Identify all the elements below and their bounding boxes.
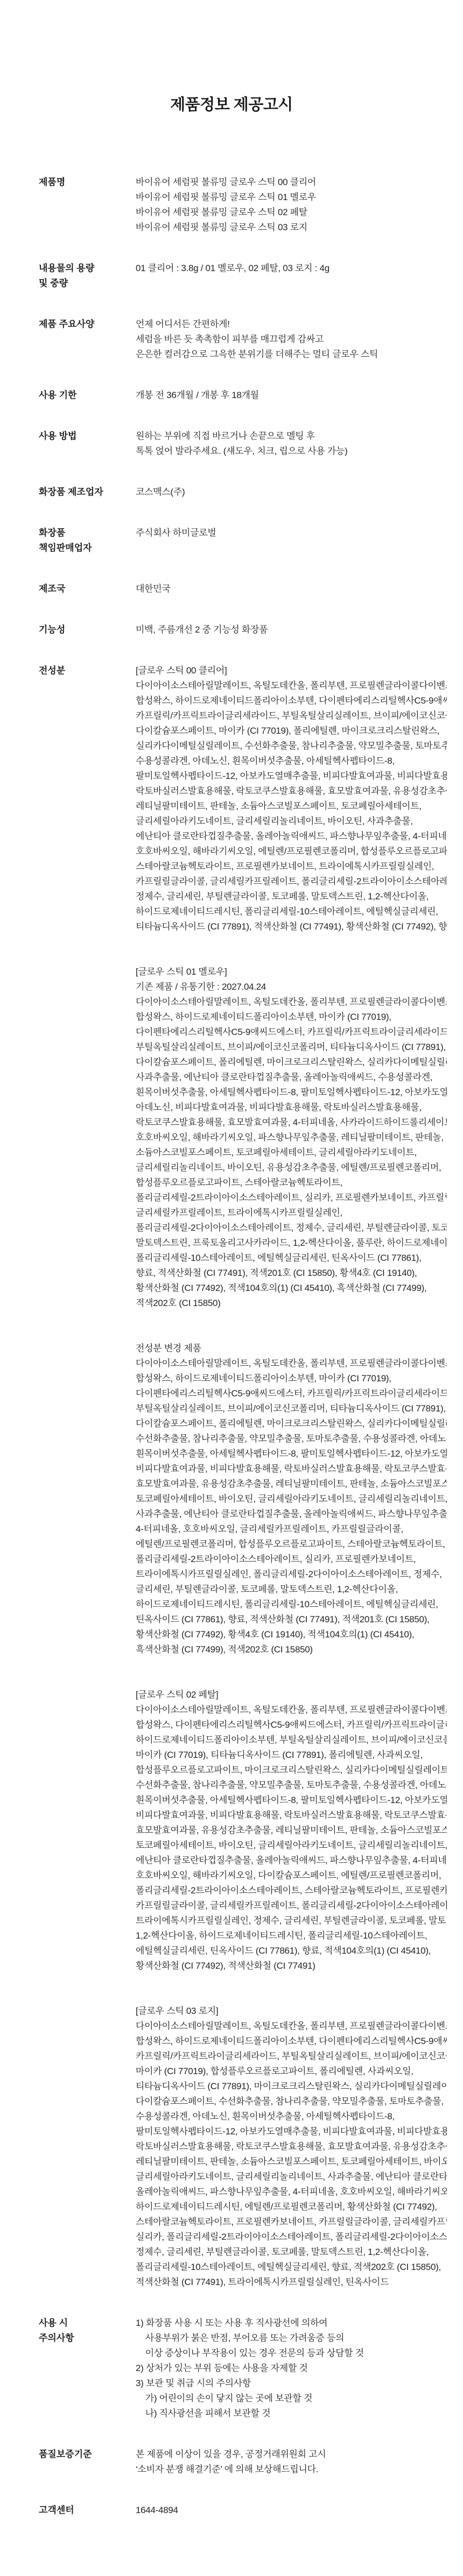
value-line: [글로우 스틱 01 멜로우] <box>136 964 447 980</box>
value-line: 주식회사 하미글로벌 <box>136 526 447 541</box>
value-line: 이상 증상이나 부작용이 있는 경우 전문의 등과 상담할 것 <box>136 2346 447 2361</box>
info-row-customer-center: 고객센터 1644-4894 <box>39 2503 447 2518</box>
value-line: 바이유어 세럼핏 볼류밍 글로우 스틱 00 클리어 <box>136 175 447 190</box>
value-line: 글리세릴리놀리네이트, 바이오틴, 유용성감초추출물, 에틸렌/프로필렌코폴리머… <box>136 1160 447 1175</box>
row-label: 고객센터 <box>39 2503 136 2518</box>
value-line: 수용성콜라겐, 아데노신, 흰목이버섯추출물, 아세틸헥사펩타이드-8, <box>136 2109 447 2124</box>
value-line: 마이카 (CI 77019), 합성플루오르플로고파이트, 폴리에틸렌, 사과씨… <box>136 2064 447 2079</box>
value-line: 스테아랄코늄헥토라이트, 프로필렌카보네이트, 트라이에톡시카프릴릴실레인, <box>136 859 447 874</box>
value-line: 스테아랄코늄헥토라이트, 프로필렌카보네이트, 카프릴릴글라이콜, 글리세릴카프… <box>136 2215 447 2230</box>
value-line: 실리카다이메틸실릴레이트, 수선화추출물, 참나리추출물, 약모밀추출물, 토마… <box>136 739 447 754</box>
info-rows: 제품명 바이유어 세럼핏 볼류밍 글로우 스틱 00 클리어바이유어 세럼핏 볼… <box>0 175 463 2576</box>
value-line: 폴리글리세릴-10스테아레이트, 에틸헥실글리세린, 틴옥사이드 (CI 778… <box>136 1251 447 1266</box>
label-line: 전성분 <box>39 663 136 678</box>
value-line: 다이아이소스테아릴말레이트, 옥틸도데칸올, 폴리부텐, 프로필렌글라이콜다이벤… <box>136 995 447 1010</box>
info-row-content-volume: 내용물의 용량및 중량 01 클리어 : 3.8g / 01 멜로우, 02 페… <box>39 261 447 291</box>
value-line: 수선화추출물, 참나리추출물, 약모밀추출물, 토마토추출물, 수용성콜라겐, … <box>136 1778 447 1793</box>
row-value: 언제 어디서든 간편하게!세럼을 바른 듯 촉촉함이 피부를 매끄럽게 감싸고은… <box>136 317 447 362</box>
row-value: 본 제품에 이상이 있을 경우, 공정거래위원회 고시‘소비자 분쟁 해결기준’… <box>136 2447 447 2477</box>
value-line: 적색202호 (CI 15850) <box>136 1296 447 1311</box>
value-line: 하이드로제네이티드레시틴, 폴리글리세릴-10스테아레이트, 에틸헥실글리세린, <box>136 904 447 919</box>
label-line: 사용 방법 <box>39 429 136 444</box>
value-line: 말토덱스트린, 프룩토올리고사카라이드, 1,2-헥산다이올, 풀루란, 하이드… <box>136 1236 447 1251</box>
value-line <box>136 1657 447 1672</box>
value-line: 레티닐팔미테이트, 판테놀, 소듐아스코빌포스페이트, 토코페릴아세테이트, 바… <box>136 2154 447 2169</box>
value-line: 하이드로제네이티드레시틴, 폴리글리세릴-10스테아레이트, 에틸헥실글리세린, <box>136 1597 447 1612</box>
value-line: [글로우 스틱 03 로지] <box>136 2004 447 2019</box>
label-line: 기능성 <box>39 622 136 637</box>
value-line: 티타늄디옥사이드 (CI 77891), 마이크로크리스탈린왁스, 실리카다이메… <box>136 2079 447 2094</box>
value-line: 바이유어 세럼핏 볼류밍 글로우 스틱 02 페탈 <box>136 205 447 220</box>
value-line: 1) 화장품 사용 시 또는 사용 후 직사광선에 의하여 <box>136 2316 447 2331</box>
value-line: 전성분 변경 제품 <box>136 1341 447 1356</box>
value-line <box>136 1311 447 1326</box>
label-line: 주의사항 <box>39 2331 136 2346</box>
value-line: 글리세릴아라키도네이트, 글리세릴리놀리네이트, 바이오틴, 사과추출물, <box>136 814 447 829</box>
row-label: 화장품 제조업자 <box>39 485 136 500</box>
value-line: 카프릴릴글라이콜, 글리세릴카프릴레이트, 폴리글리세릴-2트라이아이소스테아레… <box>136 874 447 889</box>
value-line: 세럼을 바른 듯 촉촉함이 피부를 매끄럽게 감싸고 <box>136 332 447 347</box>
info-row-functionality: 기능성 미백, 주름개선 2 중 기능성 화장품 <box>39 622 447 637</box>
value-line: 토코페릴아세테이트, 바이오틴, 글리세릴아라키도네이트, 글리세릴리놀리네이트… <box>136 1838 447 1853</box>
value-line: 다이칼슘포스페이트, 마이카 (CI 77019), 폴리에틸렌, 마이크로크리… <box>136 723 447 739</box>
value-line: 소듐아스코빌포스페이트, 토코페릴아세테이트, 글리세릴아라키도네이트, <box>136 1145 447 1160</box>
value-line: 호호바씨오일, 해바라기씨오일, 에틸렌/프로필렌코폴리머, 합성플루오르플로고… <box>136 844 447 859</box>
value-line: 다이아이소스테아릴말레이트, 옥틸도데칸올, 폴리부텐, 프로필렌글라이콜다이벤… <box>136 1702 447 1718</box>
value-line: 폴리글리세릴-2트라이아이소스테아레이트, 실리카, 프로필렌카보네이트, 카프… <box>136 1190 447 1205</box>
value-line: 다이아이소스테아릴말레이트, 옥틸도데칸올, 폴리부텐, 프로필렌글라이콜다이벤… <box>136 678 447 693</box>
info-row-usage-method: 사용 방법 원하는 부위에 직접 바르거나 손끝으로 멜팅 후톡톡 얹어 발라주… <box>39 429 447 459</box>
info-row-manufacturer: 화장품 제조업자 코스맥스(주) <box>39 485 447 500</box>
value-line: 수용성콜라겐, 아데노신, 흰목이버섯추출물, 아세틸헥사펩타이드-8, <box>136 754 447 769</box>
value-line: 대한민국 <box>136 581 447 597</box>
value-line: [글로우 스틱 00 클리어] <box>136 663 447 678</box>
value-line: 톡톡 얹어 발라주세요. (섀도우, 치크, 립으로 사용 가능) <box>136 444 447 459</box>
row-label: 제조국 <box>39 581 136 597</box>
value-line: 글리세릴아라키도네이트, 글리세릴리놀리네이트, 사과추출물, 에난티아 클로란… <box>136 2169 447 2184</box>
value-line: 다이칼슘포스페이트, 폴리에틸렌, 마이크로크리스탈린왁스, 실리카다이메틸실릴… <box>136 1416 447 1431</box>
label-line: 화장품 <box>39 526 136 541</box>
value-line: 2) 상처가 있는 부위 등에는 사용을 자제할 것 <box>136 2361 447 2376</box>
value-line: 다이펜타에리스리틸헥사C5-9애씨드에스터, 카프릴릭/카프릭트라이글리세라이드… <box>136 1386 447 1401</box>
row-value: 코스맥스(주) <box>136 485 447 500</box>
value-line: 1644-4894 <box>136 2503 447 2518</box>
label-line: 화장품 제조업자 <box>39 485 136 500</box>
label-line: 제품명 <box>39 175 136 190</box>
value-line: 황색산화철 (CI 77492), 적색104호의(1) (CI 45410),… <box>136 1281 447 1296</box>
row-label: 기능성 <box>39 622 136 637</box>
label-line: 사용 시 <box>39 2316 136 2331</box>
value-line: 사과추출물, 에난티아 클로란타껍질추출물, 올레아놀릭애씨드, 수용성콜라겐, <box>136 1070 447 1085</box>
value-line: 에틸헥실글리세린, 틴옥사이드 (CI 77861), 향료, 적색104호의(… <box>136 1943 447 1958</box>
value-line: 합성왁스, 하이드로제네이티드폴리아이소부텐, 다이펜타에리스리틸헥사C5-9애… <box>136 2034 447 2049</box>
row-value: 1) 화장품 사용 시 또는 사용 후 직사광선에 의하여 사용부위가 붉은 반… <box>136 2316 447 2421</box>
row-label: 사용 시주의사항 <box>39 2316 136 2346</box>
value-line <box>136 934 447 949</box>
value-line: 흑색산화철 (CI 77499), 적색202호 (CI 15850) <box>136 1642 447 1657</box>
label-line: 책임판매업자 <box>39 541 136 556</box>
value-line: 흰목이버섯추출물, 아세틸헥사펩타이드-8, 팔미토일헥사펩타이드-12, 아보… <box>136 1085 447 1100</box>
value-line: 트라이에톡시카프릴릴실레인, 폴리글리세릴-2다이아이소스테아레이트, 정제수, <box>136 1567 447 1582</box>
row-value: 바이유어 세럼핏 볼류밍 글로우 스틱 00 클리어바이유어 세럼핏 볼류밍 글… <box>136 175 447 235</box>
value-line: 토코페릴아세테이트, 바이오틴, 글리세릴아라키도네이트, 글리세릴리놀리네이트… <box>136 1492 447 1507</box>
value-line: 아데노신, 비피다발효여과물, 비피다발효용해물, 락토바실러스발효용해물, <box>136 1100 447 1115</box>
row-value: 개봉 전 36개월 / 개봉 후 18개월 <box>136 388 447 403</box>
value-line: 코스맥스(주) <box>136 485 447 500</box>
label-line: 제조국 <box>39 581 136 597</box>
value-line: 카프릴릭/카프릭트라이글리세라이드, 부틸옥틸살리실레이트, 브이피/에이코신코… <box>136 708 447 723</box>
label-line: 및 중량 <box>39 276 136 291</box>
value-line: 향료, 적색산화철 (CI 77491), 적색201호 (CI 15850),… <box>136 1266 447 1281</box>
value-line: 팔미토일헥사펩타이드-12, 아보카도열매추출물, 비피다발효여과물, 비피다발… <box>136 2124 447 2139</box>
value-line: 마이카 (CI 77019), 티타늄디옥사이드 (CI 77891), 폴리에… <box>136 1748 447 1763</box>
value-line: 폴리글리세릴-10스테아레이트, 에틸헥실글리세린, 향료, 적색202호 (C… <box>136 2260 447 2275</box>
row-label: 품질보증기준 <box>39 2447 136 2462</box>
value-line: 락토바실러스발효용해물, 락토코쿠스발효용해물, 효모발효여과물, 유용성감초추… <box>136 784 447 799</box>
value-line: 은은한 컬러감으로 그윽한 분위기를 더해주는 멀티 글로우 스틱 <box>136 347 447 362</box>
value-line: 황색산화철 (CI 77492), 적색산화철 (CI 77491) <box>136 1958 447 1974</box>
value-line: 에난티아 클로란타껍질추출물, 올레아놀릭애씨드, 파스향나무잎추출물, 4-터… <box>136 829 447 844</box>
value-line: 다이아이소스테아릴말레이트, 옥틸도데칸올, 폴리부텐, 프로필렌글라이콜다이벤… <box>136 2019 447 2034</box>
value-line: 에틸렌/프로필렌코폴리머, 합성플루오르플로고파이트, 스테아랄코늄헥토라이트, <box>136 1537 447 1552</box>
value-line: 호호바씨오일, 해바라기씨오일, 파스향나무잎추출물, 레티닐팔미테이트, 판테… <box>136 1130 447 1145</box>
value-line: 4-터피네올, 호호바씨오일, 글리세릴카프릴레이트, 카프릴릴글라이콜, <box>136 1522 447 1537</box>
value-line: 정제수, 글리세린, 부틸렌글라이콜, 토코페롤, 말토덱스트린, 1,2-헥산… <box>136 889 447 904</box>
value-line: 티타늄디옥사이드 (CI 77891), 적색산화철 (CI 77491), 황… <box>136 919 447 934</box>
value-line: 01 클리어 : 3.8g / 01 멜로우, 02 페탈, 03 로지 : 4… <box>136 261 447 276</box>
value-line: [글로우 스틱 02 페탈] <box>136 1687 447 1702</box>
value-line: 락토바실러스발효용해물, 락토코쿠스발효용해물, 효모발효여과물, 유용성감초추… <box>136 2139 447 2154</box>
row-value: 주식회사 하미글로벌 <box>136 526 447 541</box>
value-line: 황색산화철 (CI 77492), 황색4호 (CI 19140), 적색104… <box>136 1627 447 1642</box>
value-line: 본 제품에 이상이 있을 경우, 공정거래위원회 고시 <box>136 2447 447 2462</box>
info-row-product-specs: 제품 주요사양 언제 어디서든 간편하게!세럼을 바른 듯 촉촉함이 피부를 매… <box>39 317 447 362</box>
info-row-usage-period: 사용 기한 개봉 전 36개월 / 개봉 후 18개월 <box>39 388 447 403</box>
value-line: 폴리글리세릴-2트라이아이소스테아레이트, 실리카, 프로필렌카보네이트, <box>136 1552 447 1567</box>
info-row-cautions: 사용 시주의사항 1) 화장품 사용 시 또는 사용 후 직사광선에 의하여 사… <box>39 2316 447 2421</box>
label-line: 사용 기한 <box>39 388 136 403</box>
value-line <box>136 1672 447 1687</box>
info-row-product-name: 제품명 바이유어 세럼핏 볼류밍 글로우 스틱 00 클리어바이유어 세럼핏 볼… <box>39 175 447 235</box>
value-line: 1,2-헥산다이올, 하이드로제네이티드레시틴, 폴리글리세릴-10스테아레이트… <box>136 1928 447 1943</box>
value-line: 다이칼슘포스페이트, 폴리에틸렌, 마이크로크리스탈린왁스, 실리카다이메틸실릴… <box>136 1055 447 1070</box>
value-line: 폴리글리세릴-2트라이아이소스테아레이트, 스테아랄코늄헥토라이트, 프로필렌카… <box>136 1883 447 1898</box>
value-line: 흰목이버섯추출물, 아세틸헥사펩타이드-8, 팔미토일헥사펩타이드-12, 아보… <box>136 1793 447 1808</box>
value-line: 레티닐팔미테이트, 판테놀, 소듐아스코빌포스페이트, 토코페릴아세테이트, <box>136 799 447 814</box>
row-label: 사용 방법 <box>39 429 136 444</box>
value-line: 하이드로제네이티드폴리아이소부텐, 부틸옥틸살리실레이트, 브이피/에이코신코폴… <box>136 1733 447 1748</box>
label-line: 고객센터 <box>39 2503 136 2518</box>
value-line: 미백, 주름개선 2 중 기능성 화장품 <box>136 622 447 637</box>
value-line: 카프릴릭/카프릭트라이글리세라이드, 부틸옥틸살리실레이트, 브이피/에이코신코… <box>136 2049 447 2064</box>
row-label: 전성분 <box>39 663 136 678</box>
value-line: 가) 어린이의 손이 닿지 않는 곳에 보관할 것 <box>136 2391 447 2406</box>
row-value: 원하는 부위에 직접 바르거나 손끝으로 멜팅 후톡톡 얹어 발라주세요. (섀… <box>136 429 447 459</box>
value-line: 효모발효여과물, 유용성감초추출물, 레티닐팔미테이트, 판테놀, 소듐아스코빌… <box>136 1823 447 1838</box>
value-line: 기존 제품 / 유통기한 : 2027.04.24 <box>136 980 447 995</box>
value-line: 부틸옥틸살리실레이트, 브이피/에이코신코폴리머, 티타늄디옥사이드 (CI 7… <box>136 1040 447 1055</box>
value-line: 사과추출물, 에난티아 클로란타껍질추출물, 올레아놀릭애씨드, 파스향나무잎추… <box>136 1507 447 1522</box>
row-label: 제품명 <box>39 175 136 190</box>
value-line: ‘소비자 분쟁 해결기준’ 에 의해 보상해드립니다. <box>136 2462 447 2477</box>
value-line: 비피다발효여과물, 비피다발효용해물, 락토바실러스발효용해물, 락토코쿠스발효… <box>136 1808 447 1823</box>
value-line: 바이유어 세럼핏 볼류밍 글로우 스틱 03 로지 <box>136 220 447 235</box>
value-line <box>136 1326 447 1341</box>
value-line: 흰목이버섯추출물, 아세틸헥사펩타이드-8, 팔미토일헥사펩타이드-12, 아보… <box>136 1446 447 1461</box>
value-line: 합성플루오르플로고파이트, 스테아랄코늄헥토라이트, <box>136 1175 447 1190</box>
row-value: 미백, 주름개선 2 중 기능성 화장품 <box>136 622 447 637</box>
value-line: 언제 어디서든 간편하게! <box>136 317 447 332</box>
value-line: 수선화추출물, 참나리추출물, 약모밀추출물, 토마토추출물, 수용성콜라겐, … <box>136 1431 447 1446</box>
info-row-responsible-seller: 화장품책임판매업자 주식회사 하미글로벌 <box>39 526 447 556</box>
row-value: 01 클리어 : 3.8g / 01 멜로우, 02 페탈, 03 로지 : 4… <box>136 261 447 276</box>
row-value: 대한민국 <box>136 581 447 597</box>
value-line <box>136 1989 447 2004</box>
value-line: 효모발효여과물, 유용성감초추출물, 레티닐팔미테이트, 판테놀, 소듐아스코빌… <box>136 1477 447 1492</box>
product-info-sheet: 제품정보 제공고시 제품명 바이유어 세럼핏 볼류밍 글로우 스틱 00 클리어… <box>0 0 463 2576</box>
value-line <box>136 949 447 964</box>
value-line: 팔미토일헥사펩타이드-12, 아보카도열매추출물, 비피다발효여과물, 비피다발… <box>136 769 447 784</box>
value-line: 카프릴릴글라이콜, 글리세릴카프릴레이트, 폴리글리세릴-2다이아이소스테아레이… <box>136 1898 447 1913</box>
page-title: 제품정보 제공고시 <box>0 0 463 115</box>
value-line: 락토코쿠스발효용해물, 효모발효여과물, 4-터피네올, 사카라이드하이드롤리세… <box>136 1115 447 1130</box>
value-line: 폴리글리세릴-2다이아이소스테아레이트, 정제수, 글리세린, 부틸렌글라이콜,… <box>136 1220 447 1236</box>
value-line: 틴옥사이드 (CI 77861), 향료, 적색산화철 (CI 77491), … <box>136 1612 447 1627</box>
value-line: 적색산화철 (CI 77491), 트라이에톡시카프릴릴실레인, 틴옥사이드 <box>136 2275 447 2290</box>
value-line: 호호바씨오일, 해바라기씨오일, 다이칼슘포스페이트, 에틸렌/프로필렌코폴리머… <box>136 1868 447 1883</box>
value-line: 합성왁스, 다이펜타에리스리틸헥사C5-9애씨드에스터, 카프릴릭/카프릭트라이… <box>136 1718 447 1733</box>
value-line: 부틸옥틸살리실레이트, 브이피/에이코신코폴리머, 티타늄디옥사이드 (CI 7… <box>136 1401 447 1416</box>
value-line: 글리세린, 부틸렌글라이콜, 토코페롤, 말토덱스트린, 1,2-헥산다이올, <box>136 1582 447 1597</box>
value-line: 비피다발효여과물, 비피다발효용해물, 락토바실러스발효용해물, 락토코쿠스발효… <box>136 1461 447 1477</box>
value-line: 합성왁스, 하이드로제네이티드폴리아이소부텐, 마이카 (CI 77019), <box>136 1371 447 1386</box>
row-value: [글로우 스틱 00 클리어]다이아이소스테아릴말레이트, 옥틸도데칸올, 폴리… <box>136 663 447 2290</box>
value-line: 바이유어 세럼핏 볼류밍 글로우 스틱 01 멜로우 <box>136 190 447 205</box>
label-line: 내용물의 용량 <box>39 261 136 276</box>
value-line: 다이펜타에리스리틸헥사C5-9애씨드에스터, 카프릴릭/카프릭트라이글리세라이드… <box>136 1025 447 1040</box>
row-label: 사용 기한 <box>39 388 136 403</box>
value-line: 하이드로제네이티드레시틴, 에틸렌/프로필렌코폴리머, 황색산화철 (CI 77… <box>136 2199 447 2215</box>
value-line: 트라이에톡시카프릴릴실레인, 정제수, 글리세린, 부틸렌글라이콜, 토코페롤,… <box>136 1913 447 1928</box>
row-label: 화장품책임판매업자 <box>39 526 136 556</box>
info-row-country-of-origin: 제조국 대한민국 <box>39 581 447 597</box>
value-line: 에난티아 클로란타껍질추출물, 올레아놀릭애씨드, 파스향나무잎추출물, 4-터… <box>136 1853 447 1868</box>
info-row-quality-warranty: 품질보증기준 본 제품에 이상이 있을 경우, 공정거래위원회 고시‘소비자 분… <box>39 2447 447 2477</box>
row-value: 1644-4894 <box>136 2503 447 2518</box>
value-line: 개봉 전 36개월 / 개봉 후 18개월 <box>136 388 447 403</box>
value-line: 실리카, 폴리글리세릴-2트라이아이소스테아레이트, 폴리글리세릴-2다이아이소… <box>136 2230 447 2245</box>
value-line <box>136 1974 447 1989</box>
row-label: 제품 주요사양 <box>39 317 136 332</box>
value-line: 사용부위가 붉은 반점, 부어오름 또는 가려움증 등의 <box>136 2331 447 2346</box>
label-line: 제품 주요사양 <box>39 317 136 332</box>
label-line: 품질보증기준 <box>39 2447 136 2462</box>
value-line: 3) 보관 및 취급 시의 주의사항 <box>136 2376 447 2391</box>
value-line: 올레아놀릭애씨드, 파스향나무잎추출물, 4-터피네올, 호호바씨오일, 해바라… <box>136 2184 447 2199</box>
value-line: 합성플루오르플로고파이트, 마이크로크리스탈린왁스, 실리카다이메틸실릴레이트, <box>136 1763 447 1778</box>
value-line: 원하는 부위에 직접 바르거나 손끝으로 멜팅 후 <box>136 429 447 444</box>
value-line: 글리세릴카프릴레이트, 트라이에톡시카프릴릴실레인, <box>136 1205 447 1220</box>
value-line: 나) 직사광선을 피해서 보관할 것 <box>136 2406 447 2421</box>
info-row-ingredients: 전성분 [글로우 스틱 00 클리어]다이아이소스테아릴말레이트, 옥틸도데칸올… <box>39 663 447 2290</box>
value-line: 합성왁스, 하이드로제네이티드폴리아이소부텐, 다이펜타에리스리틸헥사C5-9애… <box>136 693 447 708</box>
value-line: 다이아이소스테아릴말레이트, 옥틸도데칸올, 폴리부텐, 프로필렌글라이콜다이벤… <box>136 1356 447 1371</box>
value-line: 정제수, 글리세린, 부틸렌글라이콜, 토코페롤, 말토덱스트린, 1,2-헥산… <box>136 2245 447 2260</box>
value-line: 합성왁스, 하이드로제네이티드폴리아이소부텐, 마이카 (CI 77019), <box>136 1010 447 1025</box>
row-label: 내용물의 용량및 중량 <box>39 261 136 291</box>
value-line: 다이칼슘포스페이트, 수선화추출물, 참나리추출물, 약모밀추출물, 토마토추출… <box>136 2094 447 2109</box>
